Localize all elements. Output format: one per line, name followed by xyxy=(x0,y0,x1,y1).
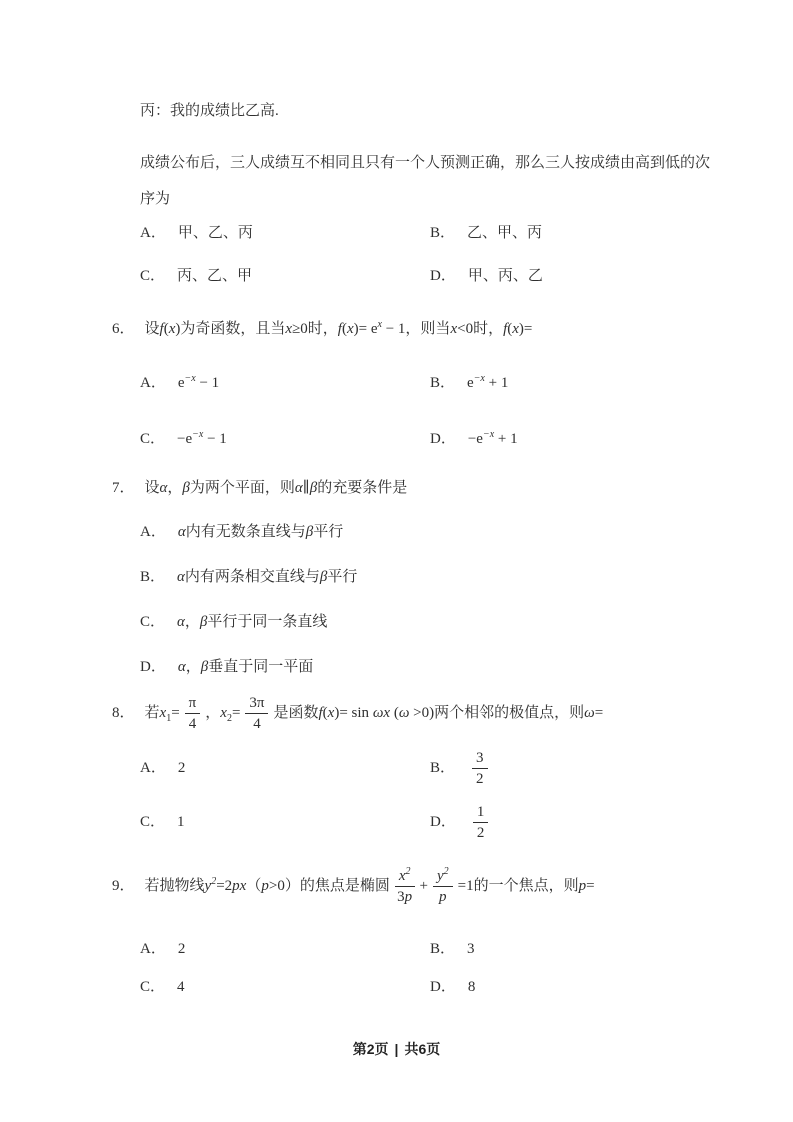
q8-option-d: D．12 xyxy=(430,798,493,846)
q7-option-c-label: C． xyxy=(140,614,165,630)
q7-option-b-text: α内有两条相交直线与β平行 xyxy=(177,569,357,585)
q7-option-d-text: α，β垂直于同一平面 xyxy=(178,659,313,675)
q5-option-d-text: 甲、丙、乙 xyxy=(468,268,543,284)
q9-option-a-text: 2 xyxy=(178,941,186,957)
q5-option-b-label: B． xyxy=(430,225,455,241)
q7-option-a-text: α内有无数条直线与β平行 xyxy=(178,524,343,540)
footer-separator: | xyxy=(395,1041,399,1057)
q8-option-b: B．32 xyxy=(430,744,493,792)
q8-stem: 8．若x1=π4，x2=3π4是函数f(x)= sin ωx (ω >0)两个相… xyxy=(112,687,603,739)
q6-option-a-text: e−x − 1 xyxy=(178,375,219,391)
q8-option-a-text: 2 xyxy=(178,757,186,779)
q6-stem-text: 设f(x)为奇函数，且当x≥0时，f(x)= ex − 1，则当x<0时，f(x… xyxy=(145,321,533,337)
q8-stem-text: 若x1=π4，x2=3π4是函数f(x)= sin ωx (ω >0)两个相邻的… xyxy=(145,694,604,733)
q9-option-c-label: C． xyxy=(140,979,165,995)
q6-option-b-text: e−x + 1 xyxy=(467,375,508,391)
q9-stem-text: 若抛物线y2=2px（p>0）的焦点是椭圆x23p+y2p=1的一个焦点，则p= xyxy=(145,867,595,906)
q6-option-b-label: B． xyxy=(430,375,455,391)
q5-option-b: B．乙、甲、丙 xyxy=(430,222,542,244)
q5-option-a-text: 甲、乙、丙 xyxy=(178,225,253,241)
q6-option-c-text: −e−x − 1 xyxy=(177,431,227,447)
q5-option-a: A．甲、乙、丙 xyxy=(140,222,253,244)
q7-option-d: D．α，β垂直于同一平面 xyxy=(140,656,313,678)
q8-option-c-label: C． xyxy=(140,811,165,833)
q7-option-d-label: D． xyxy=(140,659,166,675)
q8-option-c-text: 1 xyxy=(177,811,185,833)
q7-option-c: C．α，β平行于同一条直线 xyxy=(140,611,327,633)
q7-option-b-label: B． xyxy=(140,569,165,585)
page-footer: 第2页|共6页 xyxy=(0,1038,793,1060)
q5-option-c-label: C． xyxy=(140,268,165,284)
q7-option-a-label: A． xyxy=(140,524,166,540)
q8-option-c: C．1 xyxy=(140,798,185,846)
q8-option-b-text: 32 xyxy=(467,749,493,788)
q6-stem: 6．设f(x)为奇函数，且当x≥0时，f(x)= ex − 1，则当x<0时，f… xyxy=(112,318,532,340)
q9-option-b-label: B． xyxy=(430,941,455,957)
q7-stem-text: 设α，β为两个平面，则α∥β的充要条件是 xyxy=(145,480,408,496)
q9-number: 9． xyxy=(112,875,135,897)
q9-option-c: C．4 xyxy=(140,976,185,998)
q9-option-d: D．8 xyxy=(430,976,475,998)
q8-option-b-label: B． xyxy=(430,757,455,779)
q6-option-c-label: C． xyxy=(140,431,165,447)
q6-option-d-text: −e−x + 1 xyxy=(468,431,518,447)
q9-option-d-text: 8 xyxy=(468,979,476,995)
q6-option-a-label: A． xyxy=(140,375,166,391)
footer-total-pages: 共6页 xyxy=(404,1041,440,1057)
q5-paragraph-line2: 序为 xyxy=(140,188,170,210)
q6-option-d-label: D． xyxy=(430,431,456,447)
q8-option-d-label: D． xyxy=(430,811,456,833)
q5-statement-bing: 丙：我的成绩比乙高. xyxy=(140,100,279,122)
q8-number: 8． xyxy=(112,702,135,724)
q7-number: 7． xyxy=(112,480,135,496)
q6-option-b: B．e−x + 1 xyxy=(430,372,508,394)
q5-option-d-label: D． xyxy=(430,268,456,284)
q9-option-c-text: 4 xyxy=(177,979,185,995)
exam-page: 丙：我的成绩比乙高. 成绩公布后，三人成绩互不相同且只有一个人预测正确，那么三人… xyxy=(0,0,793,1122)
q7-option-a: A．α内有无数条直线与β平行 xyxy=(140,521,343,543)
q5-option-d: D．甲、丙、乙 xyxy=(430,265,543,287)
q9-option-a: A．2 xyxy=(140,938,185,960)
q6-number: 6． xyxy=(112,321,135,337)
q9-stem: 9．若抛物线y2=2px（p>0）的焦点是椭圆x23p+y2p=1的一个焦点，则… xyxy=(112,858,595,914)
q9-option-b: B．3 xyxy=(430,938,475,960)
q7-option-c-text: α，β平行于同一条直线 xyxy=(177,614,327,630)
q5-option-c: C．丙、乙、甲 xyxy=(140,265,252,287)
q6-option-d: D．−e−x + 1 xyxy=(430,428,518,450)
footer-page-number: 第2页 xyxy=(353,1041,389,1057)
q9-option-a-label: A． xyxy=(140,941,166,957)
q6-option-c: C．−e−x − 1 xyxy=(140,428,227,450)
q5-paragraph-line1: 成绩公布后，三人成绩互不相同且只有一个人预测正确，那么三人按成绩由高到低的次 xyxy=(140,152,710,174)
q7-option-b: B．α内有两条相交直线与β平行 xyxy=(140,566,357,588)
q5-option-a-label: A． xyxy=(140,225,166,241)
q8-option-d-text: 12 xyxy=(468,803,494,842)
q9-option-b-text: 3 xyxy=(467,941,475,957)
q8-option-a: A．2 xyxy=(140,744,185,792)
q7-stem: 7．设α，β为两个平面，则α∥β的充要条件是 xyxy=(112,477,407,499)
q5-option-b-text: 乙、甲、丙 xyxy=(467,225,542,241)
q5-option-c-text: 丙、乙、甲 xyxy=(177,268,252,284)
q8-option-a-label: A． xyxy=(140,757,166,779)
q6-option-a: A．e−x − 1 xyxy=(140,372,219,394)
q9-option-d-label: D． xyxy=(430,979,456,995)
